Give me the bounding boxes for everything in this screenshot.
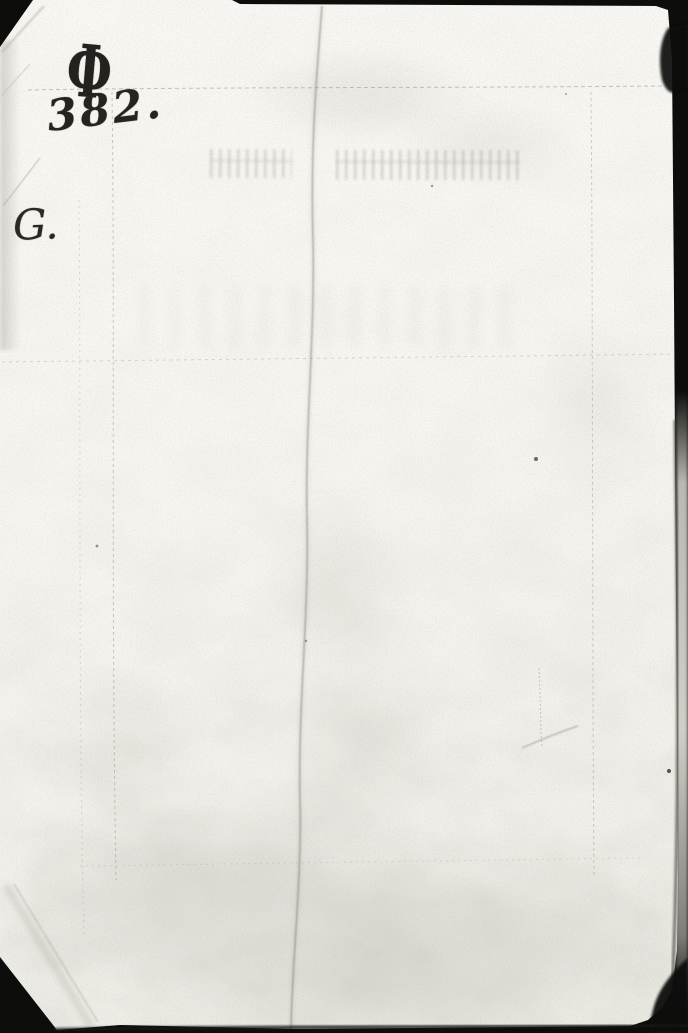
book-cover-page: Ф 382. G. (0, 0, 688, 1033)
owner-initial: G. (12, 203, 59, 247)
paper-texture (0, 0, 688, 1033)
scanned-document-photo: Ф 382. G. (0, 0, 688, 1033)
adjacent-page-edge (676, 390, 688, 1010)
